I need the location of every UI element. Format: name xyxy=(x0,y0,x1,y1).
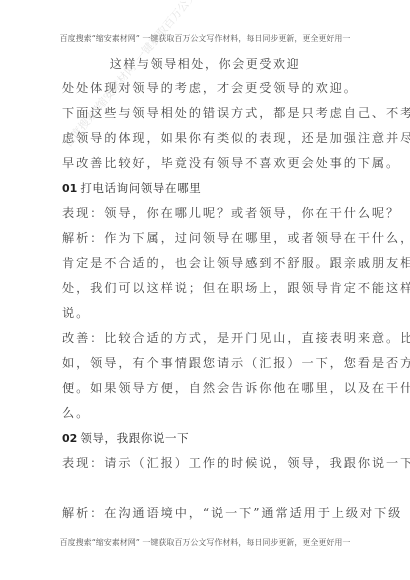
page-footer-promo: 百度搜索“缩安素材网” 一键获取百万公文写作材料，每日同步更新，更全更好用一 xyxy=(0,537,410,548)
section-line: 改善：比较合适的方式，是开门见山，直接表明来意。比 xyxy=(62,330,362,346)
section-line: 解析：作为下属，过问领导在哪里，或者领导在干什么， xyxy=(62,230,362,246)
body-line: 处处体现对领导的考虑，才会更受领导的欢迎。 xyxy=(62,80,362,96)
section-line: 么。 xyxy=(62,405,362,421)
document-page: 百度搜索“缩安素材网” 一键获取百万公文写作材料，每日同步更新，更全更好用一 这… xyxy=(0,0,410,580)
document-title: 这样与领导相处，你会更受欢迎 xyxy=(0,55,410,72)
section-line: 肯定是不合适的，也会让领导感到不舒服。跟亲戚朋友相 xyxy=(62,255,362,271)
section-line: 解析：在沟通语境中，“说一下”通常适用于上级对下级 xyxy=(62,505,362,521)
body-line: 早改善比较好，毕竟没有领导不喜欢更会处事的下属。 xyxy=(62,155,362,171)
section-line: 表现：请示（汇报）工作的时候说，领导，我跟你说一下 xyxy=(62,455,362,471)
section-number: 01 xyxy=(62,182,77,195)
section-heading-02: 02领导，我跟你说一下 xyxy=(62,430,362,447)
section-heading-text: 领导，我跟你说一下 xyxy=(80,431,189,445)
section-number: 02 xyxy=(62,432,77,445)
body-line: 下面这些与领导相处的错误方式，都是只考虑自己、不考 xyxy=(62,105,362,121)
section-line: 如，领导，有个事情跟您请示（汇报）一下，您看是否方 xyxy=(62,355,362,371)
section-heading-text: 打电话询问领导在哪里 xyxy=(80,181,201,195)
section-line: 便。如果领导方便，自然会告诉你他在哪里，以及在干什 xyxy=(62,380,362,396)
section-line: 处，我们可以这样说；但在职场上，跟领导肯定不能这样 xyxy=(62,280,362,296)
section-line: 表现：领导，你在哪儿呢？或者领导，你在干什么呢？ xyxy=(62,205,362,221)
diagonal-watermark: 百度搜索“缩安素材网”一键获取百万公文写作材料，每日同步更新，更全更好用 xyxy=(60,0,342,150)
section-heading-01: 01打电话询问领导在哪里 xyxy=(62,180,362,197)
page-header-promo: 百度搜索“缩安素材网” 一键获取百万公文写作材料，每日同步更新，更全更好用一 xyxy=(0,33,410,44)
section-line: 说。 xyxy=(62,305,362,321)
body-line: 虑领导的体现，如果你有类似的表现，还是加强注意并尽 xyxy=(62,130,362,146)
